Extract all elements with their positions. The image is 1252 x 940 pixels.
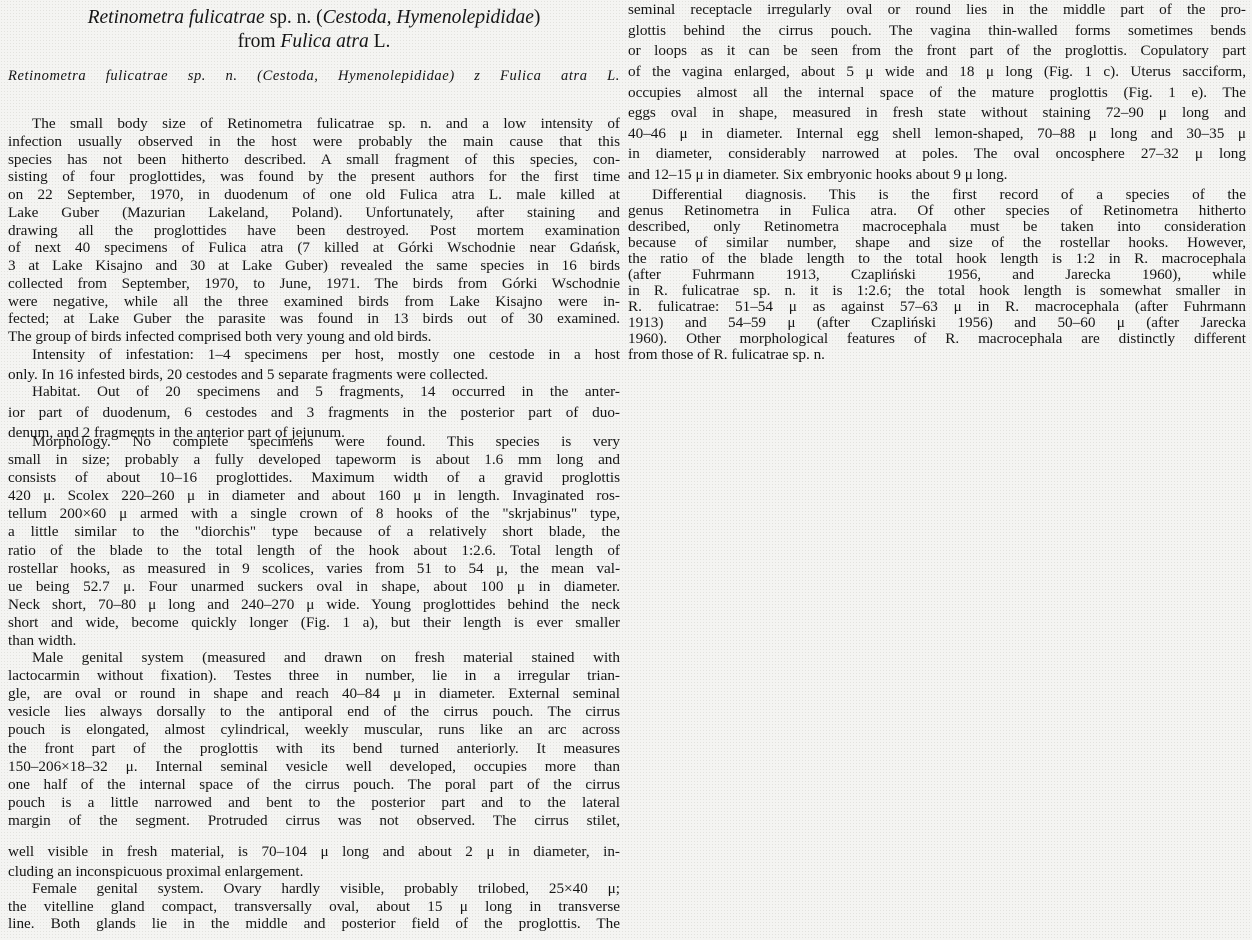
text-line: gle, are oval or round in shape and reac…: [8, 684, 620, 704]
text-line: lactocarmin without fixation). Testes th…: [8, 666, 620, 686]
text-line: pouch is elongated, almost cylindrical, …: [8, 720, 620, 740]
text-line: line. Both glands lie in the middle and …: [8, 914, 620, 934]
text-line: Habitat. Out of 20 specimens and 5 fragm…: [8, 382, 620, 402]
text-line: well visible in fresh material, is 70–10…: [8, 842, 620, 862]
text-line: a little similar to the "diorchis" type …: [8, 522, 620, 542]
text-line: Male genital system (measured and drawn …: [8, 648, 620, 668]
text-line: eggs oval in shape, measured in fresh st…: [628, 103, 1246, 123]
text-line: Neck short, 70–80 μ long and 240–270 μ w…: [8, 595, 620, 615]
host-species-name: Fulica atra: [280, 31, 368, 52]
text-line: ior part of duodenum, 6 cestodes and 3 f…: [8, 403, 620, 423]
text-line: margin of the segment. Protruded cirrus …: [8, 811, 620, 831]
text-line: 420 μ. Scolex 220–260 μ in diameter and …: [8, 486, 620, 506]
text-line: ue being 52.7 μ. Four unarmed suckers ov…: [8, 577, 620, 597]
text-line: 40–46 μ in diameter. Internal egg shell …: [628, 124, 1246, 144]
text-line: small in size; probably a fully develope…: [8, 450, 620, 470]
text-line: consists of about 10–16 proglottides. Ma…: [8, 468, 620, 488]
article-title-line-1: Retinometra fulicatrae sp. n. (Cestoda, …: [8, 6, 620, 30]
text-line: in diameter, considerably narrowed at po…: [628, 144, 1246, 164]
polish-subtitle: Retinometra fulicatrae sp. n. (Cestoda, …: [8, 66, 620, 86]
text-line: seminal receptacle irregularly oval or r…: [628, 0, 1246, 20]
text-line: of the vagina enlarged, about 5 μ wide a…: [628, 62, 1246, 82]
text-line: ratio of the blade to the total length o…: [8, 541, 620, 561]
text-line: occupies almost all the internal space o…: [628, 83, 1246, 103]
text-line: The group of birds infected comprised bo…: [8, 327, 431, 347]
text-line: one half of the internal space of the ci…: [8, 775, 620, 795]
text-line: the front part of the proglottis with it…: [8, 739, 620, 759]
text-line: rostellar hooks, as measured in 9 scolic…: [8, 559, 620, 579]
text-line: glottis behind the cirrus pouch. The vag…: [628, 21, 1246, 41]
text-line: short and wide, become quickly longer (F…: [8, 613, 620, 633]
text-line: tellum 200×60 μ armed with a single crow…: [8, 504, 620, 524]
text-line: Intensity of infestation: 1–4 specimens …: [8, 345, 620, 365]
genus-species-name: Retinometra fulicatrae: [88, 7, 265, 28]
text-line: from those of R. fulicatrae sp. n.: [628, 345, 825, 365]
text-line: pouch is a little narrowed and bent to t…: [8, 793, 620, 813]
text-line: and 12–15 μ in diameter. Six embryonic h…: [628, 165, 1007, 185]
text-line: 150–206×18–32 μ. Internal seminal vesicl…: [8, 757, 620, 777]
article-title-line-2: from Fulica atra L.: [8, 30, 620, 54]
text-line: Morphology. No complete specimens were f…: [8, 432, 620, 452]
text-line: vesicle lies always dorsally to the anti…: [8, 702, 620, 722]
text-line: or loops as it can be seen from the fron…: [628, 41, 1246, 61]
